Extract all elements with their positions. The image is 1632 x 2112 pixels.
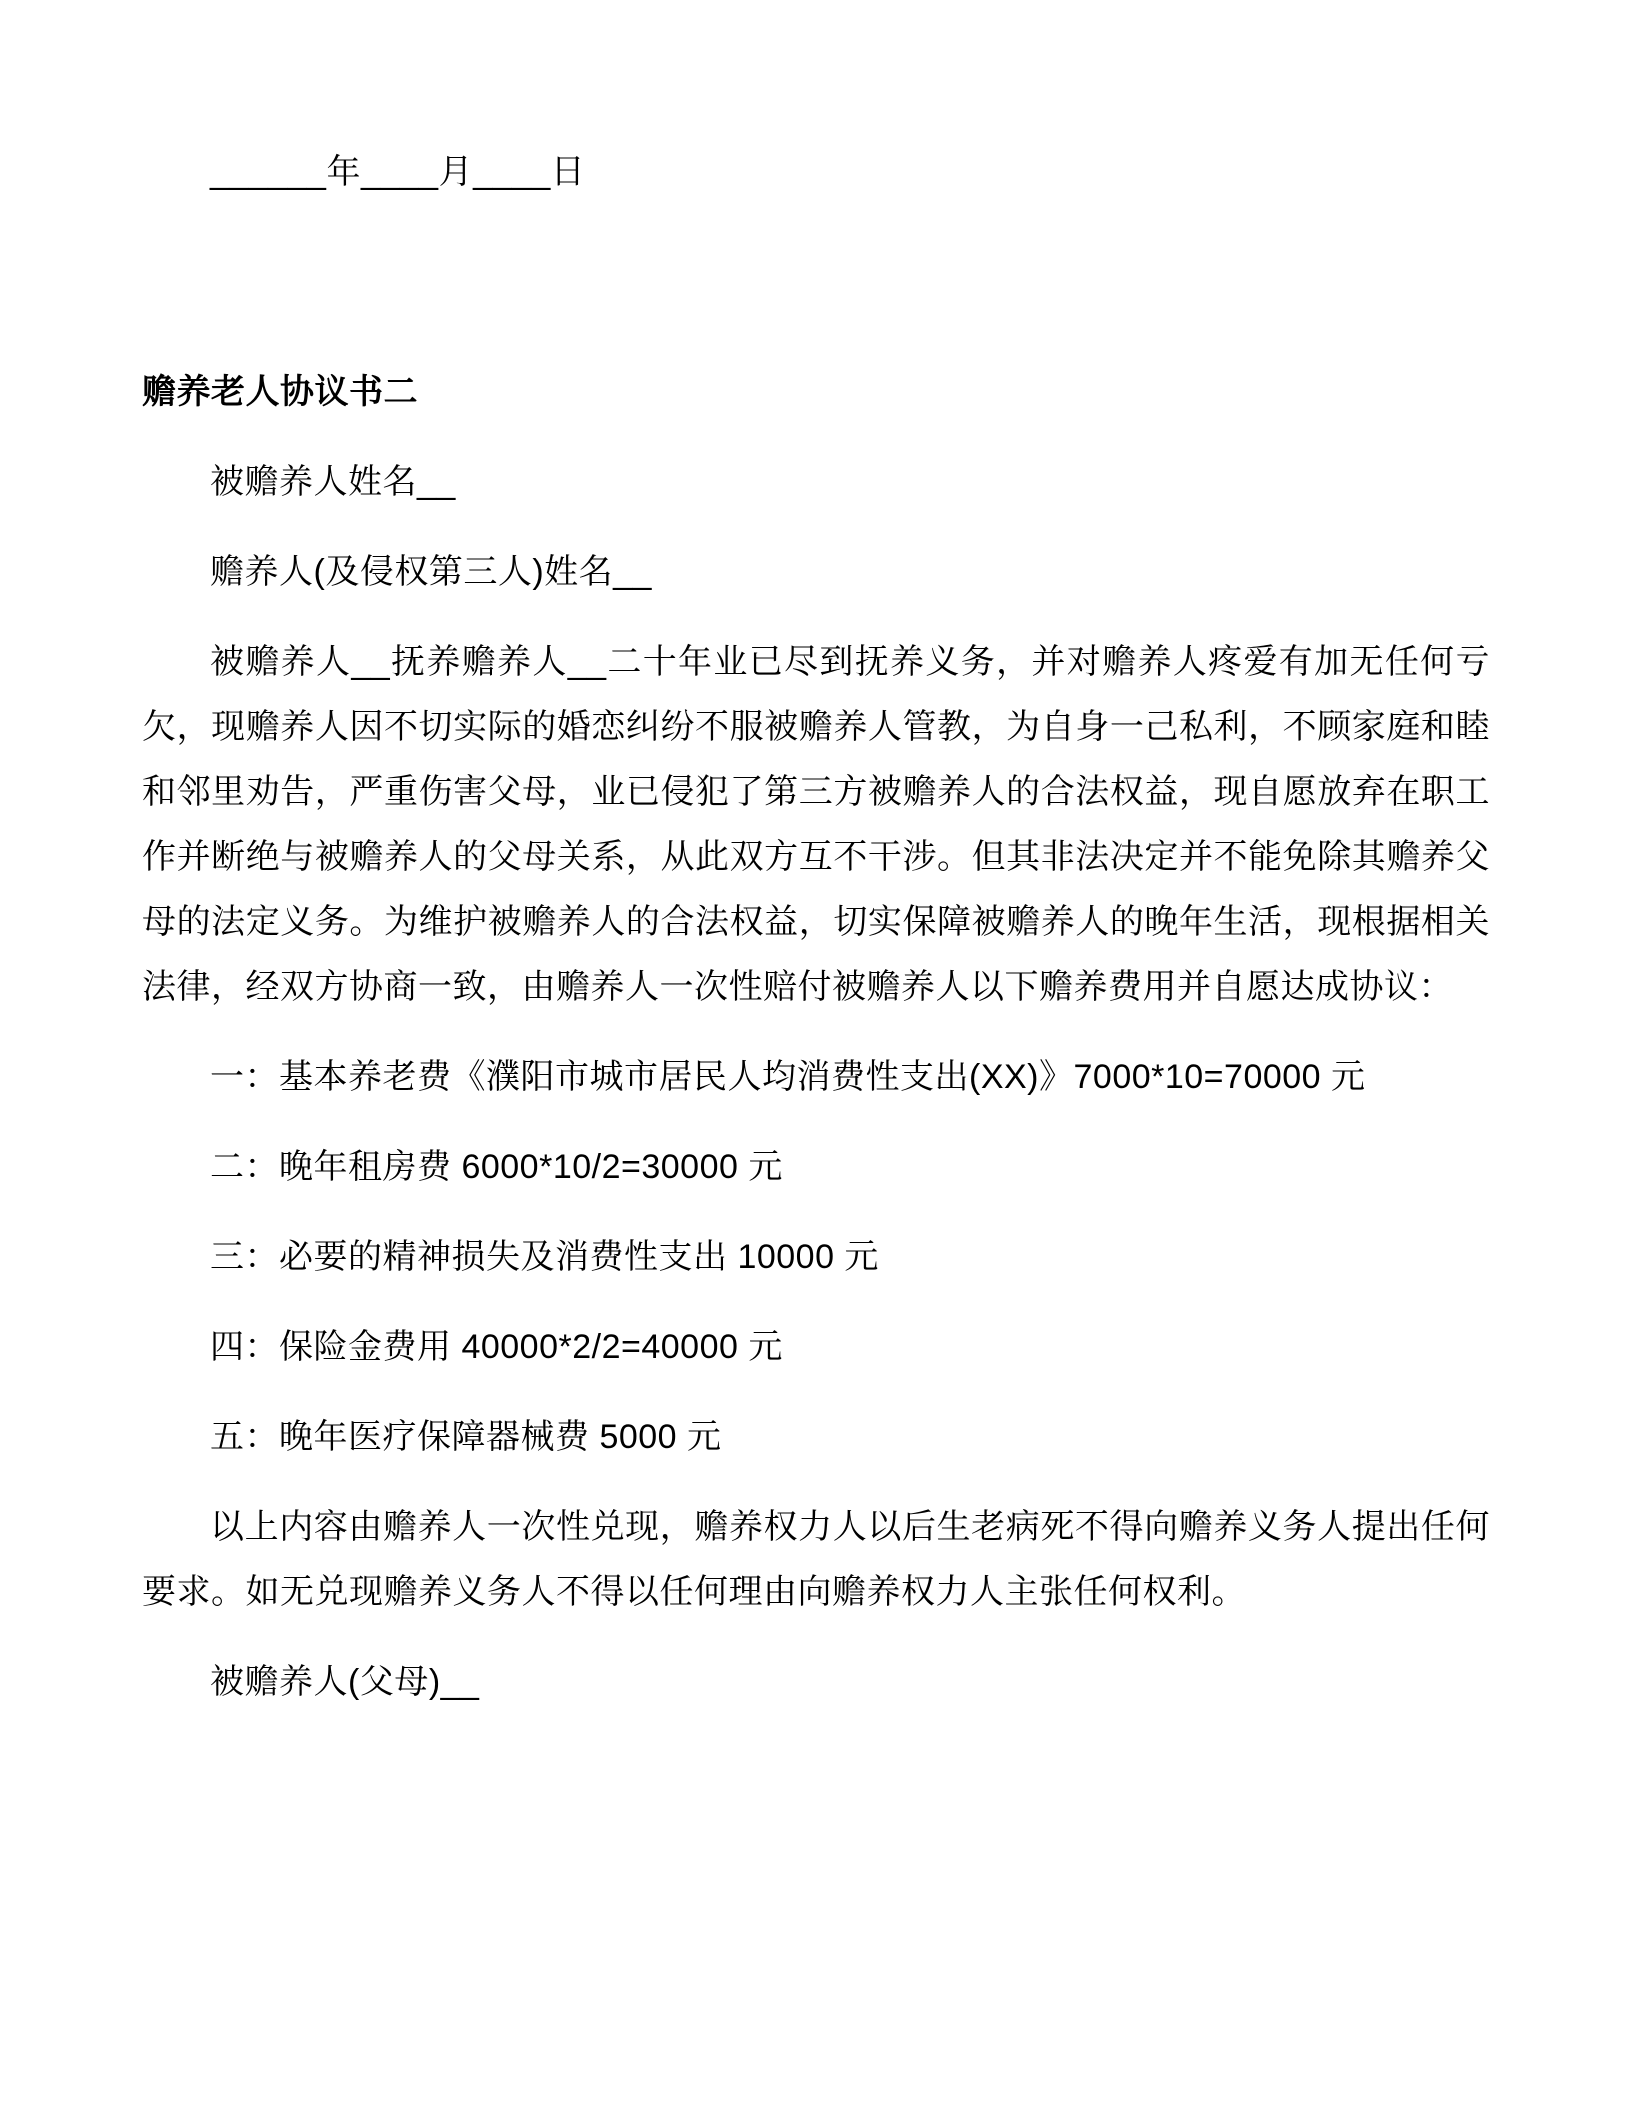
item-mental-loss-expense: 三：必要的精神损失及消费性支出 10000 元: [142, 1225, 1490, 1290]
item-medical-equipment-fee: 五：晚年医疗保障器械费 5000 元: [142, 1405, 1490, 1470]
item-basic-pension-fee: 一：基本养老费《濮阳市城市居民人均消费性支出(XX)》7000*10=70000…: [142, 1045, 1490, 1110]
supporter-name-line: 赡养人(及侵权第三人)姓名__: [142, 540, 1490, 605]
document-page: ______年____月____日 赡养老人协议书二 被赡养人姓名__ 赡养人(…: [0, 0, 1632, 2112]
document-title: 赡养老人协议书二: [142, 360, 1490, 425]
recipient-name-line: 被赡养人姓名__: [142, 450, 1490, 515]
body-paragraph: 被赡养人__抚养赡养人__二十年业已尽到抚养义务，并对赡养人疼爱有加无任何亏欠，…: [142, 630, 1490, 1020]
signature-line: 被赡养人(父母)__: [142, 1650, 1490, 1715]
item-insurance-fee: 四：保险金费用 40000*2/2=40000 元: [142, 1315, 1490, 1380]
closing-paragraph: 以上内容由赡养人一次性兑现，赡养权力人以后生老病死不得向赡养义务人提出任何要求。…: [142, 1495, 1490, 1625]
date-line: ______年____月____日: [142, 140, 1490, 205]
item-housing-rent-fee: 二：晚年租房费 6000*10/2=30000 元: [142, 1135, 1490, 1200]
